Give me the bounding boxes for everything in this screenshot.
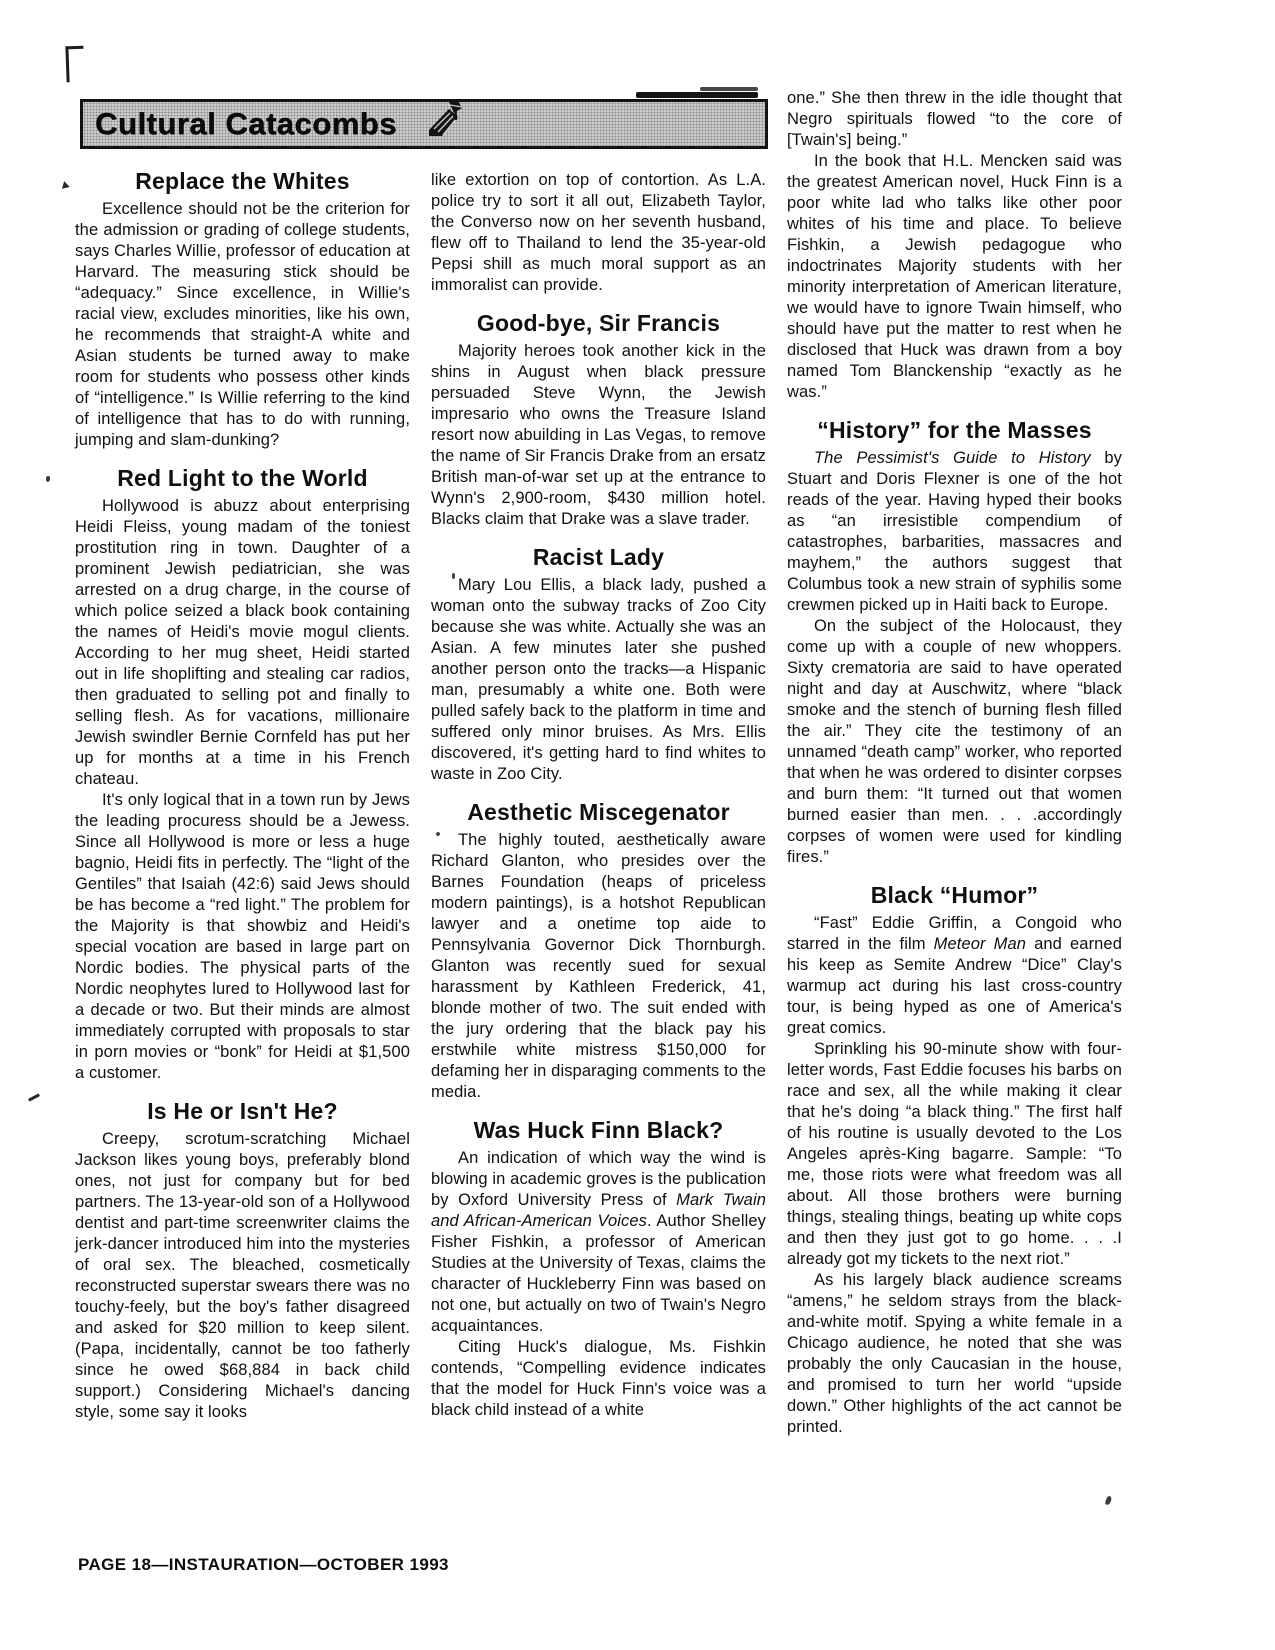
article-is-he-or-isnt-he: Is He or Isn't He? Creepy, scrotum-scrat… xyxy=(75,1098,410,1423)
italic-title: The Pessimist's Guide to History xyxy=(814,449,1091,467)
article-heading: Was Huck Finn Black? xyxy=(431,1117,766,1144)
article-heading: Red Light to the World xyxy=(75,465,410,492)
scan-smudge xyxy=(636,92,758,98)
paragraph: Hollywood is abuzz about enterprising He… xyxy=(75,496,410,790)
scan-mark xyxy=(46,476,50,482)
paragraph: Mary Lou Ellis, a black lady, pushed a w… xyxy=(431,575,766,785)
article-history-for-the-masses: “History” for the Masses The Pessimist's… xyxy=(787,417,1122,868)
paragraph: The highly touted, aesthetically aware R… xyxy=(431,830,766,1103)
article-continuation: one.” She then threw in the idle thought… xyxy=(787,88,1122,403)
scan-crop-mark xyxy=(65,46,84,83)
scan-mark xyxy=(28,1093,40,1101)
paragraph: As his largely black audience screams “a… xyxy=(787,1270,1122,1438)
paragraph: An indication of which way the wind is b… xyxy=(431,1148,766,1337)
column-2: like extortion on top of contortion. As … xyxy=(431,170,766,1421)
column-3: one.” She then threw in the idle thought… xyxy=(787,88,1122,1438)
text-run: by Stuart and Doris Flexner is one of th… xyxy=(787,449,1122,614)
article-heading: Replace the Whites xyxy=(75,168,410,195)
scan-mark xyxy=(60,180,69,189)
article-red-light-to-the-world: Red Light to the World Hollywood is abuz… xyxy=(75,465,410,1084)
paragraph: In the book that H.L. Mencken said was t… xyxy=(787,151,1122,403)
paragraph: Sprinkling his 90-minute show with four-… xyxy=(787,1039,1122,1270)
italic-title: Meteor Man xyxy=(934,935,1026,953)
article-was-huck-finn-black: Was Huck Finn Black? An indication of wh… xyxy=(431,1117,766,1421)
article-replace-the-whites: Replace the Whites Excellence should not… xyxy=(75,168,410,451)
paragraph: Majority heroes took another kick in the… xyxy=(431,341,766,530)
article-black-humor: Black “Humor” “Fast” Eddie Griffin, a Co… xyxy=(787,882,1122,1438)
scan-mark xyxy=(1105,1495,1113,1505)
paragraph: On the subject of the Holocaust, they co… xyxy=(787,616,1122,868)
article-heading: Racist Lady xyxy=(431,544,766,571)
paragraph: like extortion on top of contortion. As … xyxy=(431,170,766,296)
paragraph: Excellence should not be the criterion f… xyxy=(75,199,410,451)
scan-smudge xyxy=(700,87,758,91)
section-title: Cultural Catacombs xyxy=(95,106,397,142)
article-heading: Good-bye, Sir Francis xyxy=(431,310,766,337)
column-1: Replace the Whites Excellence should not… xyxy=(75,168,410,1423)
paragraph: Citing Huck's dialogue, Ms. Fishkin cont… xyxy=(431,1337,766,1421)
article-heading: “History” for the Masses xyxy=(787,417,1122,444)
paragraph: one.” She then threw in the idle thought… xyxy=(787,88,1122,151)
paragraph: Creepy, scrotum-scratching Michael Jacks… xyxy=(75,1129,410,1423)
quill-hand-icon xyxy=(425,98,471,145)
article-heading: Aesthetic Miscegenator xyxy=(431,799,766,826)
section-banner: Cultural Catacombs xyxy=(80,99,768,149)
text-run: . Author Shelley Fisher Fishkin, a profe… xyxy=(431,1212,766,1335)
paragraph: The Pessimist's Guide to History by Stua… xyxy=(787,448,1122,616)
article-aesthetic-miscegenator: Aesthetic Miscegenator The highly touted… xyxy=(431,799,766,1103)
paragraph: “Fast” Eddie Griffin, a Congoid who star… xyxy=(787,913,1122,1039)
article-goodbye-sir-francis: Good-bye, Sir Francis Majority heroes to… xyxy=(431,310,766,530)
article-heading: Is He or Isn't He? xyxy=(75,1098,410,1125)
article-continuation: like extortion on top of contortion. As … xyxy=(431,170,766,296)
article-racist-lady: Racist Lady Mary Lou Ellis, a black lady… xyxy=(431,544,766,785)
page-footer: PAGE 18—INSTAURATION—OCTOBER 1993 xyxy=(78,1555,449,1575)
article-heading: Black “Humor” xyxy=(787,882,1122,909)
paragraph: It's only logical that in a town run by … xyxy=(75,790,410,1084)
